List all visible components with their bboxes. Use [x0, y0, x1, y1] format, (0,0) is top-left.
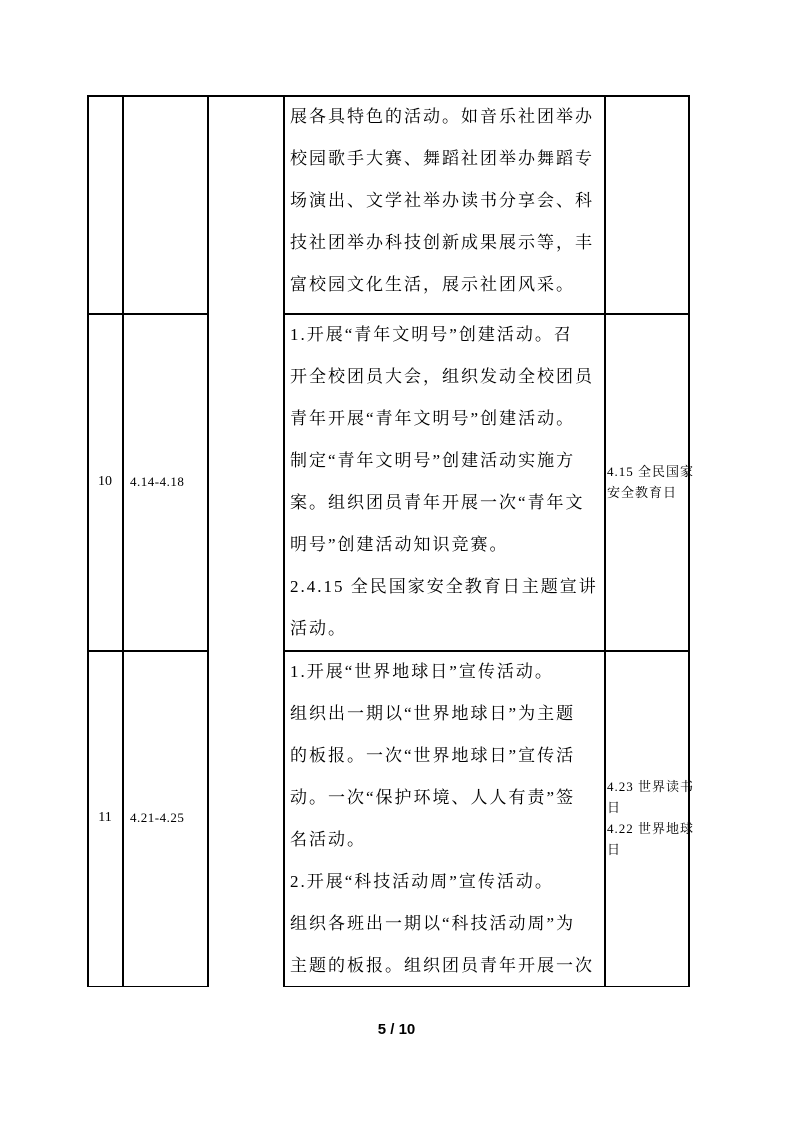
row11-number-cell: 11 [88, 651, 122, 985]
page-number: 5 / 10 [0, 1021, 793, 1038]
content-line: 制定“青年文明号”创建活动实施方 [290, 440, 604, 482]
row9-daterange-cell [130, 96, 206, 312]
row10-remarks-cell: 4.15 全民国家安全教育日 [607, 314, 687, 649]
content-line: 主题的板报。组织团员青年开展一次 [290, 945, 604, 987]
content-line: 青年开展“青年文明号”创建活动。 [290, 398, 604, 440]
content-line: 名活动。 [290, 819, 604, 861]
grid-line-v-right-edge [688, 95, 690, 987]
row11-remarks-cell: 4.23 世界读书日4.22 世界地球日 [607, 651, 687, 985]
content-line: 动。一次“保护环境、人人有责”签 [290, 777, 604, 819]
row10-number-cell: 10 [88, 314, 122, 649]
grid-line-v-merged-content [283, 95, 285, 987]
content-line: 场演出、文学社举办读书分享会、科 [290, 180, 604, 222]
merged-empty-cell [209, 95, 282, 985]
content-line: 1.开展“世界地球日”宣传活动。 [290, 651, 604, 693]
content-line: 开全校团员大会，组织发动全校团员 [290, 356, 604, 398]
row9-activity-cell: 展各具特色的活动。如音乐社团举办校园歌手大赛、舞蹈社团举办舞蹈专场演出、文学社举… [290, 96, 604, 306]
content-line: 活动。 [290, 608, 604, 650]
content-line: 富校园文化生活，展示社团风采。 [290, 264, 604, 306]
document-page: 展各具特色的活动。如音乐社团举办校园歌手大赛、舞蹈社团举办舞蹈专场演出、文学社举… [0, 0, 793, 1122]
row10-daterange-cell: 4.14-4.18 [130, 314, 206, 649]
row10-activity-cell: 1.开展“青年文明号”创建活动。召开全校团员大会，组织发动全校团员青年开展“青年… [290, 314, 604, 650]
grid-line-h-bottom-left [87, 986, 208, 988]
remark-line: 安全教育日 [607, 482, 677, 503]
content-line: 的板报。一次“世界地球日”宣传活 [290, 735, 604, 777]
remark-line: 日 [607, 839, 621, 860]
remark-line: 4.15 全民国家 [607, 461, 694, 482]
content-line: 1.开展“青年文明号”创建活动。召 [290, 314, 604, 356]
row11-activity-cell: 1.开展“世界地球日”宣传活动。组织出一期以“世界地球日”为主题的板报。一次“世… [290, 651, 604, 987]
row9-number-cell [88, 96, 122, 312]
content-line: 明号”创建活动知识竞赛。 [290, 524, 604, 566]
grid-line-v-content-remarks [604, 95, 606, 987]
remark-line: 4.22 世界地球 [607, 818, 694, 839]
grid-line-v-number-date [122, 95, 124, 987]
content-line: 案。组织团员青年开展一次“青年文 [290, 482, 604, 524]
content-line: 2.4.15 全民国家安全教育日主题宣讲 [290, 566, 604, 608]
content-line: 展各具特色的活动。如音乐社团举办 [290, 96, 604, 138]
content-line: 组织出一期以“世界地球日”为主题 [290, 693, 604, 735]
content-line: 2.开展“科技活动周”宣传活动。 [290, 861, 604, 903]
remark-line: 日 [607, 797, 621, 818]
content-line: 技社团举办科技创新成果展示等，丰 [290, 222, 604, 264]
content-line: 校园歌手大赛、舞蹈社团举办舞蹈专 [290, 138, 604, 180]
row9-remarks-cell [607, 96, 687, 312]
content-line: 组织各班出一期以“科技活动周”为 [290, 903, 604, 945]
remark-line: 4.23 世界读书 [607, 776, 694, 797]
row11-daterange-cell: 4.21-4.25 [130, 651, 206, 985]
